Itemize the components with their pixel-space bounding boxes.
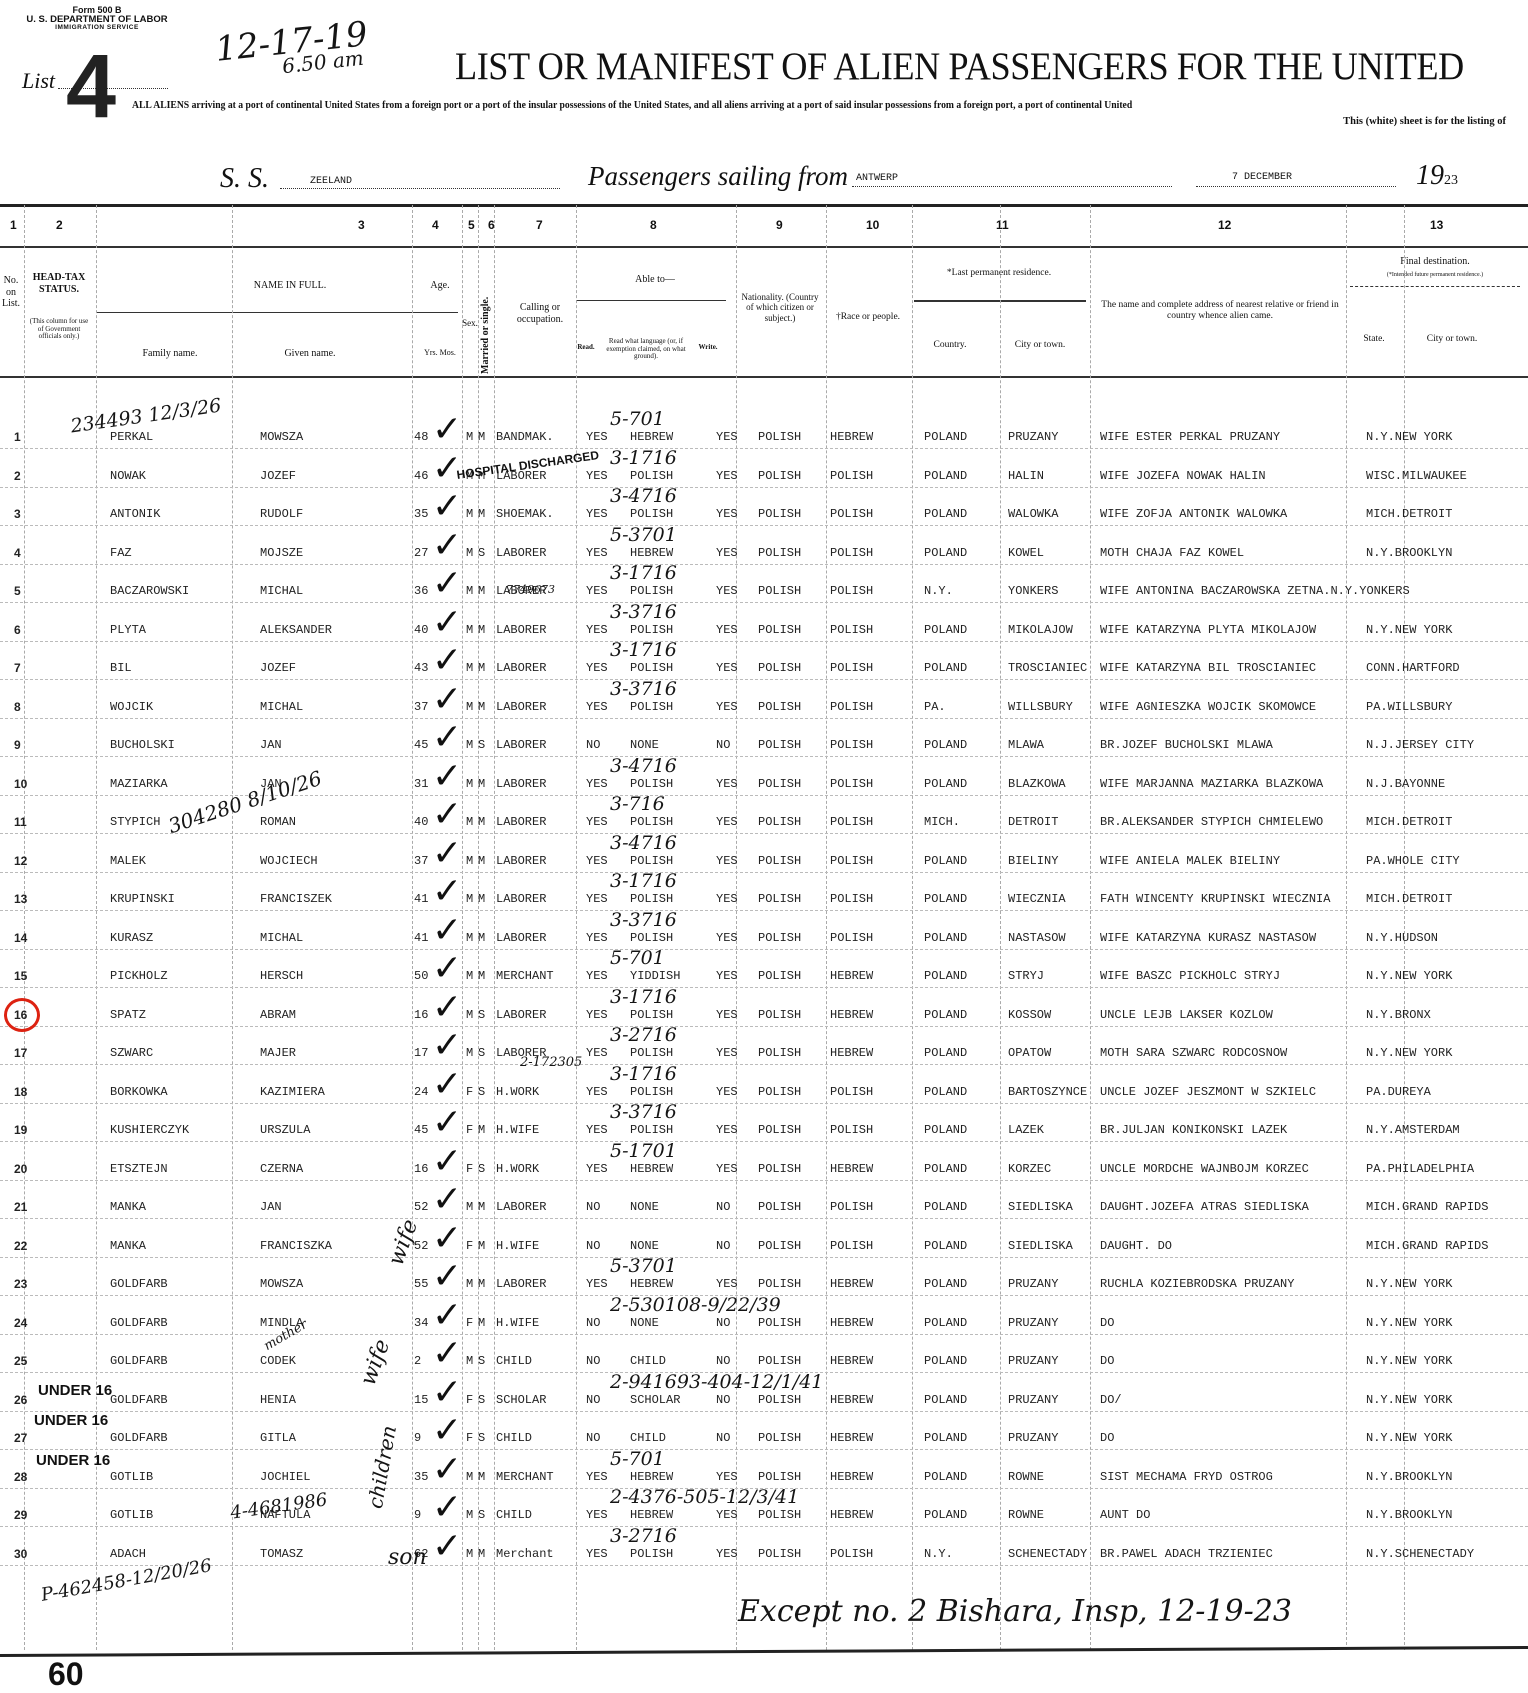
date-line — [1196, 186, 1396, 187]
cell-age: 48 — [414, 430, 428, 444]
cell-race: HEBREW — [830, 1008, 873, 1022]
cell-sex: M — [466, 1354, 473, 1368]
cell-country: POLAND — [924, 546, 967, 560]
cell-no: 29 — [14, 1508, 27, 1522]
cell-read: YES — [586, 700, 608, 714]
cell-city: HALIN — [1008, 469, 1044, 483]
cell-given: JOCHIEL — [260, 1470, 310, 1484]
cell-family: BIL — [110, 661, 132, 675]
cell-nationality: POLISH — [758, 1354, 801, 1368]
check-mark-icon: ✓ — [432, 1064, 462, 1105]
handwritten-code: 5-1701 — [610, 1140, 677, 1162]
cell-read: YES — [586, 931, 608, 945]
cell-marital: S — [478, 1431, 485, 1445]
cell-country: POLAND — [924, 1470, 967, 1484]
port-line — [852, 186, 1172, 187]
column-number: 2 — [56, 218, 63, 232]
cell-race: POLISH — [830, 584, 873, 598]
cell-age: 45 — [414, 738, 428, 752]
cell-given: FRANCISZEK — [260, 892, 332, 906]
hdr-read-what: Read what language (or, if exemption cla… — [602, 338, 690, 361]
cell-no: 10 — [14, 777, 27, 791]
cell-relative: DO — [1100, 1316, 1114, 1330]
cell-given: CZERNA — [260, 1162, 303, 1176]
cell-city: KOSSOW — [1008, 1008, 1051, 1022]
cell-relative: BR.PAWEL ADACH TRZIENIEC — [1100, 1547, 1273, 1561]
ship-name: ZEELAND — [310, 176, 352, 187]
cell-sex: F — [466, 1085, 473, 1099]
cell-write: YES — [716, 507, 738, 521]
cell-destination: PA.DUREYA — [1366, 1085, 1431, 1099]
cell-city: WILLSBURY — [1008, 700, 1073, 714]
hdr-write: Write. — [696, 344, 720, 352]
cell-occupation: H.WORK — [496, 1085, 539, 1099]
cell-language: HEBREW — [630, 430, 673, 444]
cell-sex: M — [466, 969, 473, 983]
cell-country: POLAND — [924, 1123, 967, 1137]
cell-age: 15 — [414, 1393, 428, 1407]
cell-nationality: POLISH — [758, 815, 801, 829]
cell-write: NO — [716, 738, 730, 752]
cell-city: NASTASOW — [1008, 931, 1066, 945]
cell-race: POLISH — [830, 469, 873, 483]
cell-no: 4 — [14, 546, 21, 560]
cell-family: MAZIARKA — [110, 777, 168, 791]
cell-relative: FATH WINCENTY KRUPINSKI WIECZNIA — [1100, 892, 1330, 906]
cell-read: NO — [586, 738, 600, 752]
cell-marital: S — [478, 738, 485, 752]
cell-relative: WIFE KATARZYNA KURASZ NASTASOW — [1100, 931, 1316, 945]
cell-race: HEBREW — [830, 969, 873, 983]
cell-write: YES — [716, 661, 738, 675]
cell-country: POLAND — [924, 1008, 967, 1022]
cell-sex: M — [466, 892, 473, 906]
check-mark-icon: ✓ — [432, 871, 462, 912]
cell-destination: N.Y.BROOKLYN — [1366, 546, 1452, 560]
cell-city: KOWEL — [1008, 546, 1044, 560]
cell-no: 28 — [14, 1470, 27, 1484]
cell-country: POLAND — [924, 1508, 967, 1522]
cell-age: 35 — [414, 507, 428, 521]
cell-marital: M — [478, 584, 485, 598]
cell-occupation: H.WORK — [496, 1162, 539, 1176]
cell-marital: M — [478, 777, 485, 791]
check-mark-icon: ✓ — [432, 409, 462, 450]
cell-sex: M — [466, 1508, 473, 1522]
cell-given: MICHAL — [260, 584, 303, 598]
handwritten-code: 3-4716 — [610, 755, 677, 777]
cell-city: PRUZANY — [1008, 1316, 1058, 1330]
cell-family: GOLDFARB — [110, 1393, 168, 1407]
cell-destination: MICH.DETROIT — [1366, 892, 1452, 906]
cell-city: OPATOW — [1008, 1046, 1051, 1060]
check-mark-icon: ✓ — [432, 910, 462, 951]
table-row: 26GOLDFARBHENIA15FSSCHOLARNOSCHOLARNOPOL… — [0, 1373, 1528, 1412]
handwritten-code: 3-1716 — [610, 1063, 677, 1085]
cell-country: POLAND — [924, 661, 967, 675]
handwritten-code: 3-3716 — [610, 601, 677, 623]
cell-read: NO — [586, 1354, 600, 1368]
cell-language: HEBREW — [630, 1470, 673, 1484]
cell-no: 19 — [14, 1123, 27, 1137]
cell-relative: BR.JOZEF BUCHOLSKI MLAWA — [1100, 738, 1273, 752]
cell-language: HEBREW — [630, 1277, 673, 1291]
cell-language: HEBREW — [630, 546, 673, 560]
handwritten-code: 3-4716 — [610, 832, 677, 854]
sailing-year: 1923 — [1416, 160, 1458, 192]
cell-read: YES — [586, 661, 608, 675]
cell-language: HEBREW — [630, 1162, 673, 1176]
cell-no: 7 — [14, 661, 21, 675]
cell-language: POLISH — [630, 623, 673, 637]
cell-age: 31 — [414, 777, 428, 791]
cell-age: 41 — [414, 892, 428, 906]
ss-label: S. S. — [220, 163, 269, 195]
hdr-race: †Race or people. — [826, 312, 910, 323]
cell-read: YES — [586, 1508, 608, 1522]
cell-nationality: POLISH — [758, 700, 801, 714]
cell-relative: MOTH SARA SZWARC RODCOSNOW — [1100, 1046, 1287, 1060]
cell-destination: N.Y.NEW YORK — [1366, 623, 1452, 637]
hdr-family-name: Family name. — [110, 348, 230, 360]
cell-city: SCHENECTADY — [1008, 1547, 1087, 1561]
cell-country: POLAND — [924, 1316, 967, 1330]
cell-read: YES — [586, 584, 608, 598]
cell-given: MOWSZA — [260, 430, 303, 444]
cell-destination: CONN.HARTFORD — [1366, 661, 1460, 675]
table-row: 5BACZAROWSKIMICHAL36MMLABORERYESPOLISHYE… — [0, 564, 1528, 603]
cell-language: POLISH — [630, 777, 673, 791]
cell-read: NO — [586, 1239, 600, 1253]
cell-no: 9 — [14, 738, 21, 752]
cell-occupation: CHILD — [496, 1508, 532, 1522]
cell-language: POLISH — [630, 892, 673, 906]
column-number: 12 — [1218, 218, 1231, 232]
cell-no: 25 — [14, 1354, 27, 1368]
handwritten-code: 5-701 — [610, 947, 665, 969]
cell-race: POLISH — [830, 700, 873, 714]
check-mark-icon: ✓ — [432, 1025, 462, 1066]
cell-family: MANKA — [110, 1200, 146, 1214]
cell-given: KAZIMIERA — [260, 1085, 325, 1099]
cell-relative: DO — [1100, 1354, 1114, 1368]
cell-race: HEBREW — [830, 1354, 873, 1368]
cell-relative: SIST MECHAMA FRYD OSTROG — [1100, 1470, 1273, 1484]
column-number: 1 — [10, 218, 17, 232]
cell-given: ABRAM — [260, 1008, 296, 1022]
cell-race: HEBREW — [830, 1393, 873, 1407]
cell-write: NO — [716, 1431, 730, 1445]
cell-given: URSZULA — [260, 1123, 310, 1137]
cell-country: POLAND — [924, 1431, 967, 1445]
cell-family: ADACH — [110, 1547, 146, 1561]
cell-marital: M — [478, 661, 485, 675]
cell-write: YES — [716, 931, 738, 945]
handwritten-code: 3-1716 — [610, 639, 677, 661]
dest-subrule — [1350, 286, 1520, 287]
table-row: 25GOLDFARBCODEK2MSCHILDNOCHILDNOPOLISHHE… — [0, 1334, 1528, 1373]
cell-occupation: LABORER — [496, 777, 546, 791]
cell-race: POLISH — [830, 1085, 873, 1099]
cell-city: BARTOSZYNCE — [1008, 1085, 1087, 1099]
instructions: ALL ALIENS arriving at a port of contine… — [132, 100, 1132, 111]
cell-city: PRUZANY — [1008, 1277, 1058, 1291]
circled-row-marker — [4, 998, 40, 1032]
cell-nationality: POLISH — [758, 661, 801, 675]
cell-family: PERKAL — [110, 430, 153, 444]
cell-marital: S — [478, 1046, 485, 1060]
cell-relative: UNCLE LEJB LAKSER KOZLOW — [1100, 1008, 1273, 1022]
cell-marital: S — [478, 1508, 485, 1522]
hdr-country: Country. — [920, 340, 980, 351]
cell-relative: WIFE MARJANNA MAZIARKA BLAZKOWA — [1100, 777, 1323, 791]
table-bottom-rule — [0, 1646, 1528, 1657]
cell-marital: M — [478, 1277, 485, 1291]
cell-country: POLAND — [924, 469, 967, 483]
column-number: 3 — [358, 218, 365, 232]
hdr-age: Age. — [420, 280, 460, 292]
cell-read: YES — [586, 969, 608, 983]
cell-age: 40 — [414, 623, 428, 637]
hdr-yrs-mos: Yrs. Mos. — [416, 348, 464, 357]
handwritten-code: 3-2716 — [610, 1024, 677, 1046]
cell-family: GOLDFARB — [110, 1354, 168, 1368]
column-number: 4 — [432, 218, 439, 232]
cell-given: JOZEF — [260, 469, 296, 483]
column-number: 9 — [776, 218, 783, 232]
check-mark-icon: ✓ — [432, 1487, 462, 1528]
cell-destination: N.J.BAYONNE — [1366, 777, 1445, 791]
table-top-rule — [0, 204, 1528, 207]
cell-no: 18 — [14, 1085, 27, 1099]
cell-language: POLISH — [630, 854, 673, 868]
handwritten-code: 3-1716 — [610, 986, 677, 1008]
cell-destination: WISC.MILWAUKEE — [1366, 469, 1467, 483]
check-mark-icon: ✓ — [432, 794, 462, 835]
cell-language: SCHOLAR — [630, 1393, 680, 1407]
cell-read: YES — [586, 1277, 608, 1291]
cell-read: YES — [586, 1547, 608, 1561]
cell-write: YES — [716, 777, 738, 791]
cell-read: YES — [586, 430, 608, 444]
cell-marital: M — [478, 815, 485, 829]
cell-nationality: POLISH — [758, 1470, 801, 1484]
cell-age: 27 — [414, 546, 428, 560]
cell-marital: M — [478, 1547, 485, 1561]
cell-relative: WIFE ESTER PERKAL PRUZANY — [1100, 430, 1280, 444]
table-row: 19KUSHIERCZYKURSZULA45FMH.WIFEYESPOLISHY… — [0, 1103, 1528, 1142]
cell-relative: WIFE ANTONINA BACZAROWSKA ZETNA.N.Y.YONK… — [1100, 584, 1410, 598]
hdr-dest-city: City or town. — [1412, 334, 1492, 345]
check-mark-icon: ✓ — [432, 1410, 462, 1451]
hdr-given-name: Given name. — [250, 348, 370, 360]
cell-family: NOWAK — [110, 469, 146, 483]
cell-marital: M — [478, 1200, 485, 1214]
cell-destination: N.Y.NEW YORK — [1366, 430, 1452, 444]
cell-no: 1 — [14, 430, 21, 444]
cell-relative: AUNT DO — [1100, 1508, 1150, 1522]
cell-destination: PA.WHOLE CITY — [1366, 854, 1460, 868]
cell-no: 30 — [14, 1547, 27, 1561]
cell-destination: N.Y.NEW YORK — [1366, 1354, 1452, 1368]
cell-sex: M — [466, 815, 473, 829]
cell-nationality: POLISH — [758, 969, 801, 983]
cell-nationality: POLISH — [758, 1508, 801, 1522]
cell-country: POLAND — [924, 1393, 967, 1407]
cell-country: POLAND — [924, 1354, 967, 1368]
cell-sex: M — [466, 1200, 473, 1214]
cell-age: 41 — [414, 931, 428, 945]
cell-relative: WIFE JOZEFA NOWAK HALIN — [1100, 469, 1266, 483]
cell-given: JOZEF — [260, 661, 296, 675]
cell-nationality: POLISH — [758, 931, 801, 945]
cell-age: 16 — [414, 1162, 428, 1176]
list-number: 4 — [66, 42, 113, 132]
cell-given: HENIA — [260, 1393, 296, 1407]
cell-no: 26 — [14, 1393, 27, 1407]
handwritten-code: 3-1716 — [610, 870, 677, 892]
cell-write: YES — [716, 1085, 738, 1099]
cell-city: PRUZANY — [1008, 1431, 1058, 1445]
cell-age: 43 — [414, 661, 428, 675]
hdr-calling: Calling or occupation. — [500, 302, 580, 325]
cell-language: POLISH — [630, 1085, 673, 1099]
handwritten-code: 5-3701 — [610, 1255, 677, 1277]
cell-sex: M — [466, 1277, 473, 1291]
cell-occupation: SCHOLAR — [496, 1393, 546, 1407]
cell-family: FAZ — [110, 546, 132, 560]
list-label: List — [22, 68, 55, 94]
cell-read: YES — [586, 469, 608, 483]
cell-language: POLISH — [630, 815, 673, 829]
cell-sex: M — [466, 584, 473, 598]
cell-country: POLAND — [924, 1239, 967, 1253]
cell-read: YES — [586, 1085, 608, 1099]
hdr-head-tax-note: (This column for use of Government offic… — [28, 318, 90, 341]
cell-race: HEBREW — [830, 1470, 873, 1484]
cell-no: 23 — [14, 1277, 27, 1291]
table-row: 28GOTLIBJOCHIEL35MMMERCHANTYESHEBREWYESP… — [0, 1450, 1528, 1489]
cell-marital: M — [478, 623, 485, 637]
cell-country: POLAND — [924, 623, 967, 637]
cell-marital: S — [478, 1008, 485, 1022]
column-number: 7 — [536, 218, 543, 232]
cell-country: PA. — [924, 700, 946, 714]
under16-stamp-26: UNDER 16 — [34, 1412, 108, 1429]
cell-city: LAZEK — [1008, 1123, 1044, 1137]
cell-country: POLAND — [924, 892, 967, 906]
handwritten-code: 5-701 — [610, 1448, 665, 1470]
hdr-relative: The name and complete address of nearest… — [1100, 300, 1340, 322]
cell-nationality: POLISH — [758, 892, 801, 906]
handwritten-code: 3-2716 — [610, 1525, 677, 1547]
cell-age: 36 — [414, 584, 428, 598]
check-mark-icon: ✓ — [432, 756, 462, 797]
cell-read: YES — [586, 854, 608, 868]
cell-marital: S — [478, 1354, 485, 1368]
cell-family: GOLDFARB — [110, 1277, 168, 1291]
handwritten-code: 3-4716 — [610, 485, 677, 507]
cell-age: 34 — [414, 1316, 428, 1330]
page-title: LIST OR MANIFEST OF ALIEN PASSENGERS FOR… — [455, 44, 1464, 89]
cell-destination: N.Y.AMSTERDAM — [1366, 1123, 1460, 1137]
cell-no: 14 — [14, 931, 27, 945]
cell-given: RUDOLF — [260, 507, 303, 521]
cell-language: POLISH — [630, 469, 673, 483]
table-row: 10MAZIARKAJAN31MMLABORERYESPOLISHYESPOLI… — [0, 757, 1528, 796]
cell-given: MICHAL — [260, 931, 303, 945]
cell-nationality: POLISH — [758, 1239, 801, 1253]
column-number: 8 — [650, 218, 657, 232]
cell-read: YES — [586, 1123, 608, 1137]
cell-no: 21 — [14, 1200, 27, 1214]
cell-read: YES — [586, 777, 608, 791]
cell-write: YES — [716, 815, 738, 829]
table-row: 7BILJOZEF43MMLABORERYESPOLISHYESPOLISHPO… — [0, 641, 1528, 680]
table-row: 6PLYTAALEKSANDER40MMLABORERYESPOLISHYESP… — [0, 603, 1528, 642]
cell-language: POLISH — [630, 1008, 673, 1022]
handwritten-code: 3-3716 — [610, 1101, 677, 1123]
cell-family: GOLDFARB — [110, 1431, 168, 1445]
cell-write: YES — [716, 430, 738, 444]
cell-race: POLISH — [830, 738, 873, 752]
cell-race: POLISH — [830, 1239, 873, 1253]
cell-country: MICH. — [924, 815, 960, 829]
cell-family: WOJCIK — [110, 700, 153, 714]
cell-marital: M — [478, 1239, 485, 1253]
cell-given: ROMAN — [260, 815, 296, 829]
cell-family: PICKHOLZ — [110, 969, 168, 983]
cell-marital: M — [478, 1470, 485, 1484]
cell-write: YES — [716, 969, 738, 983]
cell-nationality: POLISH — [758, 1200, 801, 1214]
cell-sex: F — [466, 1316, 473, 1330]
check-mark-icon: ✓ — [432, 1141, 462, 1182]
cell-relative: WIFE ANIELA MALEK BIELINY — [1100, 854, 1280, 868]
cell-family: KURASZ — [110, 931, 153, 945]
cell-relative: UNCLE MORDCHE WAJNBOJM KORZEC — [1100, 1162, 1309, 1176]
cell-marital: S — [478, 1393, 485, 1407]
hdr-name-in-full: NAME IN FULL. — [150, 280, 430, 292]
cell-family: ETSZTEJN — [110, 1162, 168, 1176]
cell-write: NO — [716, 1239, 730, 1253]
cell-write: YES — [716, 1547, 738, 1561]
cell-destination: N.Y.NEW YORK — [1366, 1277, 1452, 1291]
cell-given: GITLA — [260, 1431, 296, 1445]
check-mark-icon: ✓ — [432, 1449, 462, 1490]
cell-no: 3 — [14, 507, 21, 521]
cell-family: SPATZ — [110, 1008, 146, 1022]
cell-nationality: POLISH — [758, 1162, 801, 1176]
table-row: 20ETSZTEJNCZERNA16FSH.WORKYESHEBREWYESPO… — [0, 1142, 1528, 1181]
cell-country: POLAND — [924, 777, 967, 791]
cell-city: DETROIT — [1008, 815, 1058, 829]
cell-occupation: LABORER — [496, 738, 546, 752]
cell-relative: DAUGHT. DO — [1100, 1239, 1172, 1253]
cell-write: YES — [716, 1123, 738, 1137]
cell-sex: M — [466, 661, 473, 675]
colnum-rule — [0, 246, 1528, 248]
cell-destination: N.Y.NEW YORK — [1366, 1393, 1452, 1407]
cell-occupation: Merchant — [496, 1547, 554, 1561]
cell-race: POLISH — [830, 546, 873, 560]
cell-nationality: POLISH — [758, 1547, 801, 1561]
cell-race: HEBREW — [830, 1431, 873, 1445]
cell-sex: M — [466, 1470, 473, 1484]
table-row: 24GOLDFARBMINDLA34FMH.WIFENONONENOPOLISH… — [0, 1296, 1528, 1335]
table-row: 18BORKOWKAKAZIMIERA24FSH.WORKYESPOLISHYE… — [0, 1065, 1528, 1104]
cell-sex: M — [466, 623, 473, 637]
